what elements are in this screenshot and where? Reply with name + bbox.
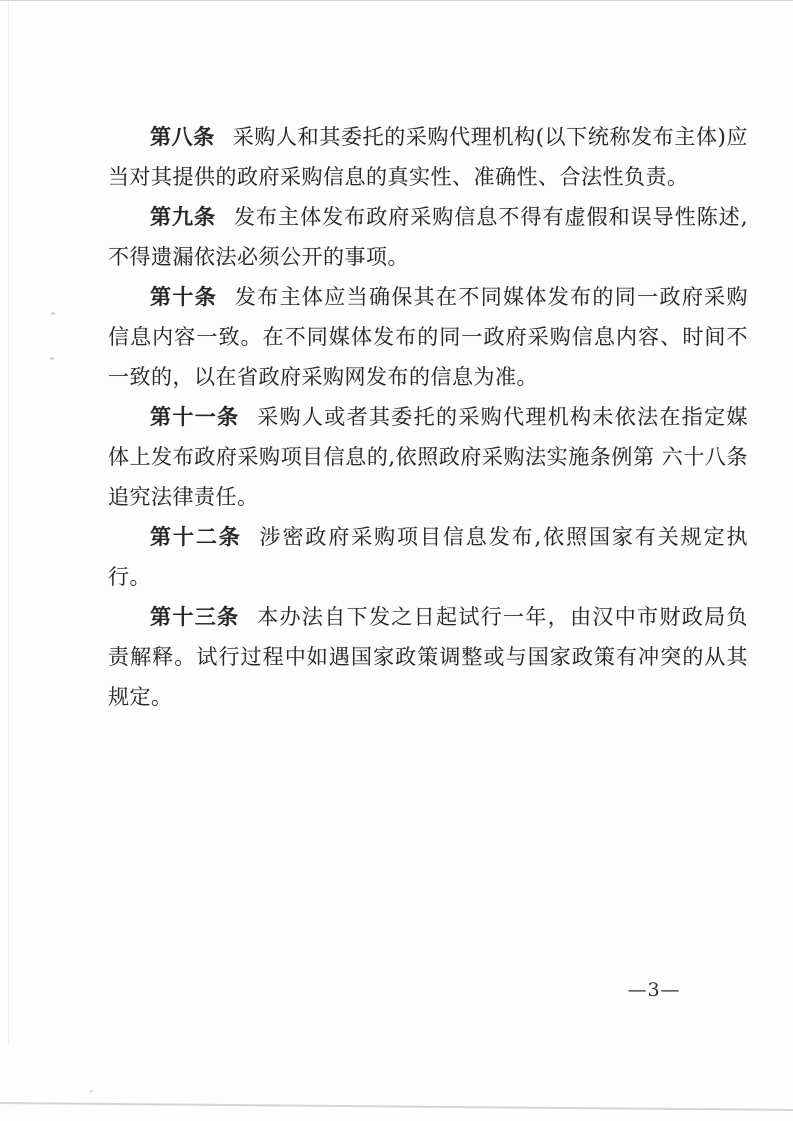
scan-speck — [50, 357, 54, 360]
article-number-label: 第八条 — [150, 124, 215, 149]
scan-artifact-left-edge — [8, 2, 9, 1044]
article-number-label: 第十三条 — [150, 604, 239, 629]
page-number: —3— — [609, 979, 699, 1001]
document-body: 第八条采购人和其委托的采购代理机构(以下统称发布主体)应当对其提供的政府采购信息… — [108, 117, 748, 717]
article-number-label: 第十一条 — [150, 404, 239, 429]
scanned-document-page: 第八条采购人和其委托的采购代理机构(以下统称发布主体)应当对其提供的政府采购信息… — [0, 0, 793, 1121]
article-number-label: 第十二条 — [150, 524, 242, 549]
scan-speck — [90, 1090, 93, 1092]
article-paragraph: 第九条发布主体发布政府采购信息不得有虚假和误导性陈述,不得遗漏依法必须公开的事项… — [108, 197, 748, 277]
scan-artifact-top-edge — [0, 0, 793, 1]
article-paragraph: 第十一条采购人或者其委托的采购代理机构未依法在指定媒体上发布政府采购项目信息的,… — [108, 397, 748, 517]
article-paragraph: 第十三条本办法自下发之日起试行一年，由汉中市财政局负责解释。试行过程中如遇国家政… — [108, 597, 748, 717]
article-paragraph: 第十二条涉密政府采购项目信息发布,依照国家有关规定执行。 — [108, 517, 748, 597]
article-paragraph: 第十条发布主体应当确保其在不同媒体发布的同一政府采购信息内容一致。在不同媒体发布… — [108, 277, 748, 397]
article-paragraph: 第八条采购人和其委托的采购代理机构(以下统称发布主体)应当对其提供的政府采购信息… — [108, 117, 748, 197]
article-number-label: 第九条 — [150, 204, 216, 229]
article-number-label: 第十条 — [150, 284, 217, 309]
scan-speck — [51, 312, 55, 315]
scan-artifact-bottom-page-edge — [0, 1102, 793, 1111]
